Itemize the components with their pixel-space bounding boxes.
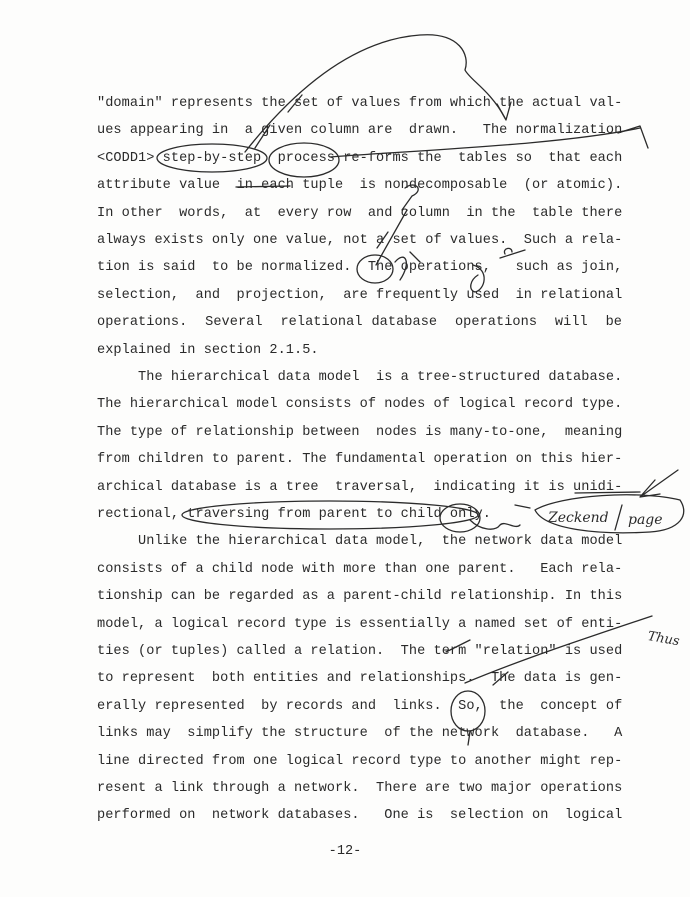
text-line: archical database is a tree traversal, i… [97, 478, 622, 498]
text-line: always exists only one value, not a set … [97, 231, 622, 251]
arrow-icon [640, 470, 678, 497]
note-thus: Thus [646, 629, 681, 649]
text-line: links may simplify the structure of the … [97, 724, 622, 744]
text-line: Unlike the hierarchical data model, the … [97, 532, 622, 552]
text-line: explained in section 2.1.5. [97, 341, 622, 361]
text-line: erally represented by records and links.… [97, 697, 622, 717]
text-line: model, a logical record type is essentia… [97, 615, 622, 635]
text-line: performed on network databases. One is s… [97, 806, 622, 826]
text-line: rectional, traversing from parent to chi… [97, 505, 622, 525]
text-line: ues appearing in a given column are draw… [97, 121, 622, 141]
text-line: tionship can be regarded as a parent-chi… [97, 587, 622, 607]
text-line: In other words, at every row and column … [97, 204, 622, 224]
document-page: "domain" represents the set of values fr… [0, 0, 690, 897]
text-line: operations. Several relational database … [97, 313, 622, 333]
text-line: from children to parent. The fundamental… [97, 450, 622, 470]
text-line: <CODD1> step-by-step process re-forms th… [97, 149, 622, 169]
text-line: consists of a child node with more than … [97, 560, 622, 580]
text-line: tion is said to be normalized. The opera… [97, 258, 622, 278]
text-line: to represent both entities and relations… [97, 669, 622, 689]
text-line: ties (or tuples) called a relation. The … [97, 642, 622, 662]
text-line: The hierarchical model consists of nodes… [97, 395, 622, 415]
text-line: line directed from one logical record ty… [97, 752, 622, 772]
page-number: -12- [0, 844, 690, 859]
text-line: The type of relationship between nodes i… [97, 423, 622, 443]
text-line: The hierarchical data model is a tree-st… [97, 368, 622, 388]
text-line: resent a link through a network. There a… [97, 779, 622, 799]
note-page: page [628, 512, 663, 528]
text-line: "domain" represents the set of values fr… [97, 94, 622, 114]
text-line: selection, and projection, are frequentl… [97, 286, 622, 306]
text-line: attribute value in each tuple is nondeco… [97, 176, 622, 196]
